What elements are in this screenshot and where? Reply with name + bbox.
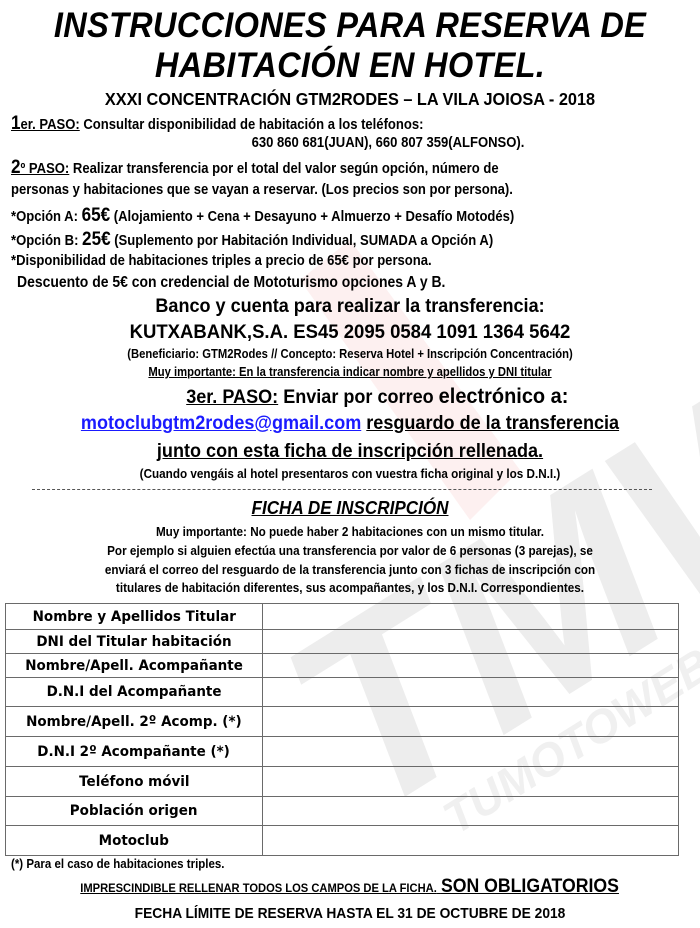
form-row: DNI del Titular habitación: [6, 630, 679, 654]
doc-subtitle: XXXI CONCENTRACIÓN GTM2RODES – LA VILA J…: [25, 89, 676, 110]
form-row: Nombre/Apell. Acompañante: [6, 654, 679, 678]
field-input-second-companion-dni[interactable]: [263, 737, 679, 767]
reservation-document: INSTRUCCIONES PARA RESERVA DE HABITACIÓN…: [0, 0, 700, 928]
step2-label: 2º PASO:: [11, 161, 69, 177]
beneficiary-note: (Beneficiario: GTM2Rodes // Concepto: Re…: [35, 347, 665, 361]
field-label: Nombre/Apell. Acompañante: [6, 654, 263, 678]
form-row: Población origen: [6, 797, 679, 826]
field-label: Nombre/Apell. 2º Acomp. (*): [6, 707, 263, 737]
hotel-note: (Cuando vengáis al hotel presentaros con…: [35, 466, 665, 481]
doc-title-line1: INSTRUCCIONES PARA RESERVA DE: [25, 6, 676, 46]
field-label: Teléfono móvil: [6, 767, 263, 797]
field-input-companion-dni[interactable]: [263, 678, 679, 707]
field-label: D.N.I 2º Acompañante (*): [6, 737, 263, 767]
bank-heading: Banco y cuenta para realizar la transfer…: [18, 296, 683, 318]
option-b-price: 25€: [82, 229, 111, 250]
ficha-example-1: Por ejemplo si alguien efectúa una trans…: [35, 543, 665, 558]
step1-label: 1er. PASO:: [11, 117, 80, 133]
transfer-important-note: Muy importante: En la transferencia indi…: [35, 365, 665, 379]
form-row: Nombre y Apellidos Titular: [6, 604, 679, 630]
field-label: Población origen: [6, 797, 263, 826]
step1-phones: 630 860 681(JUAN), 660 807 359(ALFONSO).: [37, 135, 700, 151]
field-input-motoclub[interactable]: [263, 826, 679, 856]
field-input-companion-name[interactable]: [263, 654, 679, 678]
ficha-example-2: enviará el correo del resguardo de la tr…: [35, 562, 665, 577]
email-link[interactable]: motoclubgtm2rodes@gmail.com: [81, 413, 361, 434]
form-row: Nombre/Apell. 2º Acomp. (*): [6, 707, 679, 737]
mandatory-big: SON OBLIGATORIOS: [441, 876, 619, 897]
option-a-price: 65€: [82, 205, 111, 226]
field-input-second-companion-name[interactable]: [263, 707, 679, 737]
step3-line3: junto con esta ficha de inscripción rell…: [18, 441, 683, 463]
discount-note: Descuento de 5€ con credencial de Mototu…: [17, 274, 445, 292]
form-row: Teléfono móvil: [6, 767, 679, 797]
mandatory-note: IMPRESCINDIBLE RELLENAR TODOS LOS CAMPOS…: [0, 876, 700, 898]
ficha-title: FICHA DE INSCRIPCIÓN: [18, 498, 683, 519]
ficha-important: Muy importante: No puede haber 2 habitac…: [35, 524, 665, 539]
step2-line2: personas y habitaciones que se vayan a r…: [11, 182, 513, 198]
triples-footnote: (*) Para el caso de habitaciones triples…: [11, 857, 224, 871]
dashed-separator: [32, 489, 652, 490]
field-label: Motoclub: [6, 826, 263, 856]
registration-form-table: Nombre y Apellidos Titular DNI del Titul…: [5, 603, 679, 856]
deadline: FECHA LÍMITE DE RESERVA HASTA EL 31 DE O…: [28, 905, 672, 922]
step3-line2: motoclubgtm2rodes@gmail.com resguardo de…: [18, 413, 683, 435]
field-input-origin-town[interactable]: [263, 797, 679, 826]
step3-line1: 3er. PASO: Enviar por correo electrónico…: [18, 385, 700, 409]
mandatory-small: IMPRESCINDIBLE RELLENAR TODOS LOS CAMPOS…: [81, 881, 438, 895]
field-label: DNI del Titular habitación: [6, 630, 263, 654]
step1-line: 1er. PASO: Consultar disponibilidad de h…: [11, 113, 423, 135]
triples-note: *Disponibilidad de habitaciones triples …: [11, 253, 432, 269]
form-row: Motoclub: [6, 826, 679, 856]
field-input-titular-dni[interactable]: [263, 630, 679, 654]
form-row: D.N.I 2º Acompañante (*): [6, 737, 679, 767]
field-input-titular-name[interactable]: [263, 604, 679, 630]
option-a: *Opción A: 65€ (Alojamiento + Cena + Des…: [11, 205, 514, 227]
field-label: D.N.I del Acompañante: [6, 678, 263, 707]
option-b: *Opción B: 25€ (Suplemento por Habitació…: [11, 229, 493, 251]
field-input-mobile-phone[interactable]: [263, 767, 679, 797]
ficha-example-3: titulares de habitación diferentes, sus …: [35, 580, 665, 595]
field-label: Nombre y Apellidos Titular: [6, 604, 263, 630]
bank-account[interactable]: KUTXABANK,S.A. ES45 2095 0584 1091 1364 …: [18, 321, 683, 344]
step2-line1: 2º PASO: Realizar transferencia por el t…: [11, 157, 499, 179]
form-row: D.N.I del Acompañante: [6, 678, 679, 707]
step3-label: 3er. PASO:: [186, 387, 278, 408]
doc-title-line2: HABITACIÓN EN HOTEL.: [25, 46, 676, 86]
